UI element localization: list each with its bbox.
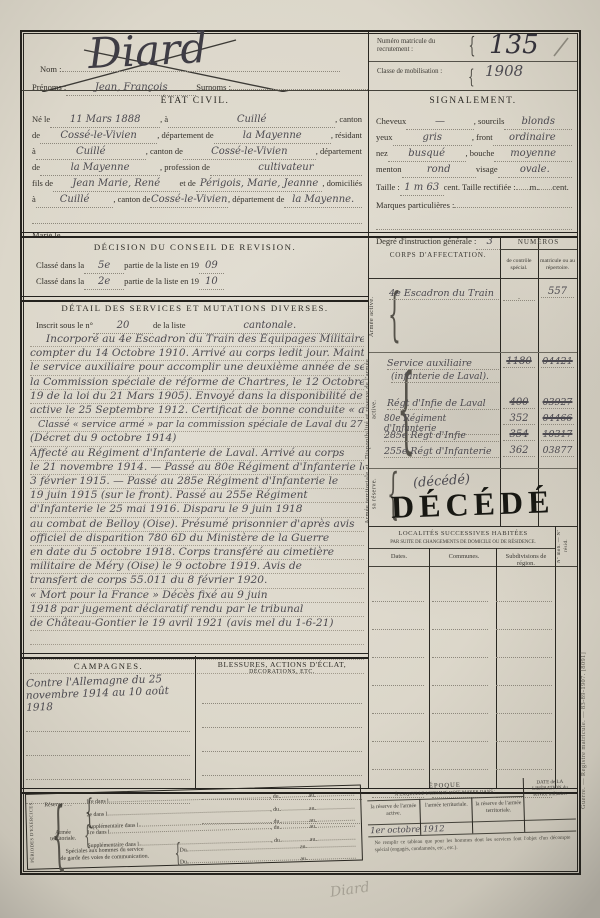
localites-subtitle: PAR SUITE DE CHANGEMENTS DE DOMICILE OU … bbox=[373, 540, 553, 547]
service-line: 3 février 1915. — Passé au 285e Régiment… bbox=[30, 475, 364, 489]
signalement-title: SIGNALEMENT. bbox=[370, 96, 576, 106]
taille-label: Taille : bbox=[376, 180, 400, 195]
departement-parents[interactable]: la Mayenne. bbox=[284, 192, 362, 208]
divider-rule bbox=[22, 232, 368, 238]
campagnes-title: CAMPAGNES. bbox=[22, 661, 195, 671]
margin-imprint: Guerre. — Registre matricule. — 83-89-19… bbox=[580, 580, 587, 880]
et-de-label: et de bbox=[180, 176, 196, 191]
localites-narrow-header: N° mob. — N° résid. bbox=[556, 528, 570, 564]
controle-cell[interactable]: 400 bbox=[503, 397, 535, 409]
corps-table: NUMÉROS de contrôle spécial. matricule o… bbox=[369, 236, 577, 526]
epoque-table: ÉPOQUE À LAQUELLE L'HOMME DOIT PASSER DA… bbox=[367, 777, 578, 861]
controle-cell[interactable]: 1180 bbox=[503, 356, 535, 368]
classe-value[interactable]: 1908 bbox=[485, 62, 523, 80]
classe-liste-label-1: Classé dans la bbox=[36, 258, 84, 273]
front-value[interactable]: ordinaire bbox=[493, 130, 572, 146]
domicilies-label: , domiciliés bbox=[322, 176, 362, 191]
residence[interactable]: Cuillé bbox=[36, 144, 146, 160]
ne-le-label: Né le bbox=[32, 112, 50, 127]
du-label: , du bbox=[270, 804, 279, 815]
service-line: (Décret du 9 octobre 1914) bbox=[30, 432, 364, 446]
matricule-label: Numéro matricule du recrutement : bbox=[377, 38, 463, 54]
epoque-col2-header: l'armée territoriale. bbox=[421, 801, 471, 809]
header-left: Diard Nom : Prénoms : Jean, François Sur… bbox=[26, 34, 368, 90]
controle-cell[interactable]: 362 bbox=[503, 445, 535, 457]
departement3-label: , département de bbox=[228, 192, 284, 207]
controle-cell[interactable]: 354 bbox=[503, 429, 535, 441]
marques-label: Marques particulières : bbox=[376, 198, 454, 213]
corps-row-line2: (infanterie de Laval). bbox=[391, 371, 499, 383]
epoque-col3-header: la réserve de l'armée territoriale. bbox=[473, 800, 523, 814]
epoque-col1-header: la réserve de l'armée active. bbox=[368, 803, 418, 817]
service-line: Classé « service armé » par la commissio… bbox=[30, 418, 364, 432]
service-line: au combat de Belloy (Oise). Présumé pris… bbox=[30, 518, 364, 532]
dates-col-header: Dates. bbox=[369, 554, 429, 561]
services-title: DÉTAIL DES SERVICES ET MUTATIONS DIVERSE… bbox=[22, 303, 368, 313]
decede-stamp: DÉCÉDÉ bbox=[390, 483, 555, 526]
m-label: m. bbox=[530, 180, 539, 195]
service-line: active le 25 Septembre 1912. Certificat … bbox=[30, 404, 364, 418]
departement-label: , département de bbox=[157, 128, 213, 143]
blank-dotted-line bbox=[30, 631, 364, 645]
armee-active-label: Armée active. bbox=[368, 282, 375, 352]
service-line: la Commission spéciale de réforme de Cha… bbox=[30, 376, 364, 390]
service-line: transfert de corps 55.011 du 8 février 1… bbox=[30, 574, 364, 588]
service-line: de Château-Gontier le 19 avril 1921 (avi… bbox=[30, 617, 364, 631]
prenoms-value[interactable]: Jean, François bbox=[66, 80, 196, 96]
matricule-cell[interactable]: 10317 bbox=[541, 429, 574, 441]
nez-label: nez bbox=[376, 146, 388, 161]
service-line: « Mort pour la France » Décès fixé au 9 … bbox=[30, 589, 364, 603]
surnoms-label: Surnoms : bbox=[196, 80, 231, 95]
yeux-value[interactable]: gris bbox=[393, 130, 472, 146]
classe-liste-label-2: Classé dans la bbox=[36, 274, 84, 289]
canton3-label: , canton de bbox=[113, 192, 150, 207]
scanned-document: Diard Nom : Prénoms : Jean, François Sur… bbox=[0, 0, 600, 918]
classe-liste-partie-1[interactable]: 5e bbox=[84, 258, 124, 274]
taille-rectifiee-cent[interactable] bbox=[538, 178, 552, 190]
divider-rule bbox=[22, 296, 368, 302]
reserve-periode-1: 1re dans l bbox=[86, 797, 109, 808]
matricule-value[interactable]: 135 bbox=[489, 30, 539, 60]
reserve-label: Réserve . . . bbox=[44, 802, 72, 809]
a-label: , à bbox=[160, 112, 168, 127]
matricule-cell[interactable]: 03877 bbox=[541, 445, 574, 457]
localites-title: LOCALITÉS SUCCESSIVES HABITÉES bbox=[373, 531, 553, 538]
front-label: , front bbox=[472, 130, 493, 145]
services-text: Incorporé au 4e Escadron du Train des Éq… bbox=[30, 333, 364, 674]
armee-territoriale-label: Armée territoriale. bbox=[43, 829, 83, 842]
canton2-label: , canton de bbox=[146, 144, 183, 159]
cent-label: cent. bbox=[552, 180, 568, 195]
corps-row[interactable]: Régt d'Infie de Laval bbox=[387, 398, 499, 410]
communes-col-header: Communes. bbox=[431, 554, 497, 561]
marques-field[interactable] bbox=[454, 196, 572, 208]
corps-row[interactable]: 4e Escadron du Train bbox=[389, 288, 499, 300]
classe-liste-partie-2[interactable]: 2e bbox=[84, 274, 124, 290]
bottom-band: PÉRIODES D'EXERCICES. { Réserve . . . { … bbox=[21, 777, 578, 870]
localites-table: LOCALITÉS SUCCESSIVES HABITÉES PAR SUITE… bbox=[369, 526, 577, 788]
corps-row[interactable]: 285e Régt d'Infie bbox=[384, 430, 499, 442]
corps-row[interactable]: Service auxiliaire bbox=[387, 358, 499, 370]
de-label: de bbox=[32, 128, 40, 143]
header-right: Numéro matricule du recrutement : { 135 … bbox=[368, 32, 577, 90]
periodes-box: PÉRIODES D'EXERCICES. { Réserve . . . { … bbox=[25, 785, 363, 870]
du-label: , du bbox=[271, 823, 280, 834]
canton-naissance[interactable]: Cossé-le-Vivien bbox=[40, 128, 157, 144]
visage-value[interactable]: ovale. bbox=[498, 162, 572, 178]
bouche-label: , bouche bbox=[466, 146, 495, 161]
matricule-brace: { bbox=[469, 34, 476, 59]
service-line: militaire de Méry (Oise) le 9 octobre 19… bbox=[30, 560, 364, 574]
controle-cell[interactable]: 352 bbox=[503, 413, 535, 425]
inscrit-numero[interactable]: 20 bbox=[93, 318, 153, 334]
classe-liste-annee-2[interactable]: 10 bbox=[199, 274, 224, 290]
nez-value[interactable]: busqué bbox=[388, 146, 466, 162]
lieu-naissance[interactable]: Cuillé bbox=[168, 112, 335, 128]
territoriale-label: Armée territoriale et sa réserve. bbox=[365, 464, 379, 524]
matricule-cell[interactable]: 04421 bbox=[541, 356, 574, 368]
pencil-signature: Diard bbox=[329, 879, 371, 900]
bouche-value[interactable]: moyenne bbox=[494, 146, 572, 162]
sourcils-value[interactable]: blonds bbox=[504, 114, 572, 130]
prenoms-label: Prénoms : bbox=[32, 80, 66, 95]
blessures-subtitle: DÉCORATIONS, ETC. bbox=[197, 669, 367, 675]
menton-label: menton bbox=[376, 162, 402, 177]
epoque-note: Ne remplir ce tableau que pour les homme… bbox=[374, 835, 570, 853]
periodes-side-label: PÉRIODES D'EXERCICES. bbox=[27, 799, 36, 865]
speciales-label: Spéciales aux hommes du service de garde… bbox=[40, 846, 170, 863]
signalement-section: Cheveux—, sourcilsblonds yeuxgris, front… bbox=[376, 114, 572, 250]
service-line: officiel de disparition 780 6D du Minist… bbox=[30, 532, 364, 546]
corps-affectation-header: CORPS D'AFFECTATION. bbox=[379, 252, 497, 259]
service-line: Incorporé au 4e Escadron du Train des Éq… bbox=[30, 333, 364, 347]
canton-label: , canton bbox=[335, 112, 362, 127]
corps-row[interactable]: 255e Régt d'Infanterie bbox=[384, 446, 499, 458]
inscrit-label: Inscrit sous le n° bbox=[36, 318, 93, 333]
numeros-header: NUMÉROS bbox=[500, 239, 577, 246]
matricule-cell[interactable]: 03927 bbox=[541, 397, 574, 409]
blank-dotted-line bbox=[376, 218, 572, 230]
ne-le-value[interactable]: 11 Mars 1888 bbox=[50, 112, 160, 128]
service-line: 1918 par jugement déclaratif rendu par l… bbox=[30, 603, 364, 617]
liste-label: de la liste bbox=[153, 318, 186, 333]
blank-dotted-line bbox=[32, 212, 362, 224]
nom-field[interactable] bbox=[62, 60, 341, 72]
canton-parents[interactable]: Cossé-le-Vivien bbox=[150, 192, 228, 208]
territoriale-periode-1: 1re dans l bbox=[87, 828, 110, 839]
departement-residence[interactable]: la Mayenne bbox=[40, 160, 160, 176]
controle-col-header: de contrôle spécial. bbox=[501, 258, 537, 271]
partie-liste-label-1: partie de la liste en 19 bbox=[124, 258, 199, 273]
decision-title: DÉCISION DU CONSEIL DE REVISION. bbox=[22, 242, 368, 252]
service-line: d'Infanterie le 25 mai 1916. Disparu le … bbox=[30, 503, 364, 517]
reserve-periode-2: 2e dans l bbox=[86, 809, 107, 820]
matricule-cell[interactable]: 04466 bbox=[541, 413, 574, 425]
fils-de-label: fils de bbox=[32, 176, 53, 191]
speciales-label-2: de garde des voies de communication. bbox=[60, 853, 149, 861]
departement2-label: , département bbox=[316, 144, 362, 159]
visage-label: visage bbox=[476, 162, 498, 177]
taille-rectifiee-m[interactable] bbox=[516, 178, 530, 190]
classe-label: Classe de mobilisation : bbox=[377, 68, 463, 76]
surnoms-field[interactable] bbox=[231, 78, 368, 90]
service-line: en date du 5 octobre 1918. Corps transfé… bbox=[30, 546, 364, 560]
profession-label: , profession de bbox=[160, 160, 210, 175]
classe-brace: { bbox=[468, 64, 474, 88]
domicile-parents[interactable]: Cuillé bbox=[36, 192, 114, 208]
campagnes-divider bbox=[195, 656, 196, 788]
nom-label: Nom : bbox=[40, 62, 62, 77]
decision-section: Classé dans la5epartie de la liste en 19… bbox=[36, 258, 354, 290]
blessures-title: BLESSURES, ACTIONS D'ÉCLAT, bbox=[197, 660, 367, 669]
localites-rows bbox=[372, 574, 552, 798]
taille-value[interactable]: 1 m 63 bbox=[400, 180, 444, 196]
matricule-col-header: matricule ou au répertoire. bbox=[539, 258, 576, 271]
yeux-label: yeux bbox=[376, 130, 393, 145]
campagnes-entry[interactable]: Contre l'Allemagne du 25 novembre 1914 a… bbox=[26, 675, 192, 711]
menton-value[interactable]: rond bbox=[402, 162, 476, 178]
etat-civil-section: Né le11 Mars 1888, àCuillé, canton deCos… bbox=[32, 112, 362, 243]
cheveux-label: Cheveux bbox=[376, 114, 406, 129]
form-frame: Diard Nom : Prénoms : Jean, François Sur… bbox=[20, 30, 581, 875]
classe-liste-annee-1[interactable]: 09 bbox=[199, 258, 224, 274]
profession-value[interactable]: cultivateur bbox=[210, 160, 362, 176]
service-line: 19 juin 1915 (sur le front). Passé au 25… bbox=[30, 489, 364, 503]
pencil-mark bbox=[544, 36, 574, 60]
du-label: , du bbox=[270, 792, 279, 803]
canton-residence[interactable]: Cossé-le-Vivien bbox=[183, 144, 316, 160]
de2-label: de bbox=[32, 160, 40, 175]
controle-cell: . bbox=[503, 292, 535, 301]
mere-value[interactable]: Périgois, Marie, Jeanne bbox=[196, 176, 323, 192]
disponibilite-label: Disponibilité et réserve de l'armée acti… bbox=[365, 354, 379, 464]
service-line: 19 de la loi du 21 Mars 1905). Envoyé da… bbox=[30, 390, 364, 404]
date-liberation-header: DATE de LA LIBÉRATION du service militai… bbox=[525, 780, 575, 799]
matricule-cell[interactable]: 557 bbox=[541, 286, 574, 298]
taille-rectifiee-label: cent. Taille rectifiée : bbox=[444, 180, 516, 195]
departement-naissance[interactable]: la Mayenne bbox=[214, 128, 331, 144]
pere-value[interactable]: Jean Marie, René bbox=[53, 176, 180, 192]
cheveux-value[interactable]: — bbox=[406, 114, 474, 130]
service-line: Affecté au Régiment d'Infanterie de Lava… bbox=[30, 447, 364, 461]
liste-type[interactable]: cantonale. bbox=[186, 318, 354, 334]
service-line: compter du 14 Octobre 1910. Arrivé au co… bbox=[30, 347, 364, 361]
service-line: le 21 novembre 1914. — Passé au 80e Régi… bbox=[30, 461, 364, 475]
etat-civil-title: ÉTAT CIVIL. bbox=[22, 96, 368, 106]
sourcils-label: , sourcils bbox=[474, 114, 505, 129]
partie-liste-label-2: partie de la liste en 19 bbox=[124, 274, 199, 289]
service-line: le service auxiliaire pour accomplir une… bbox=[30, 361, 364, 375]
residant-label: , résidant bbox=[331, 128, 362, 143]
